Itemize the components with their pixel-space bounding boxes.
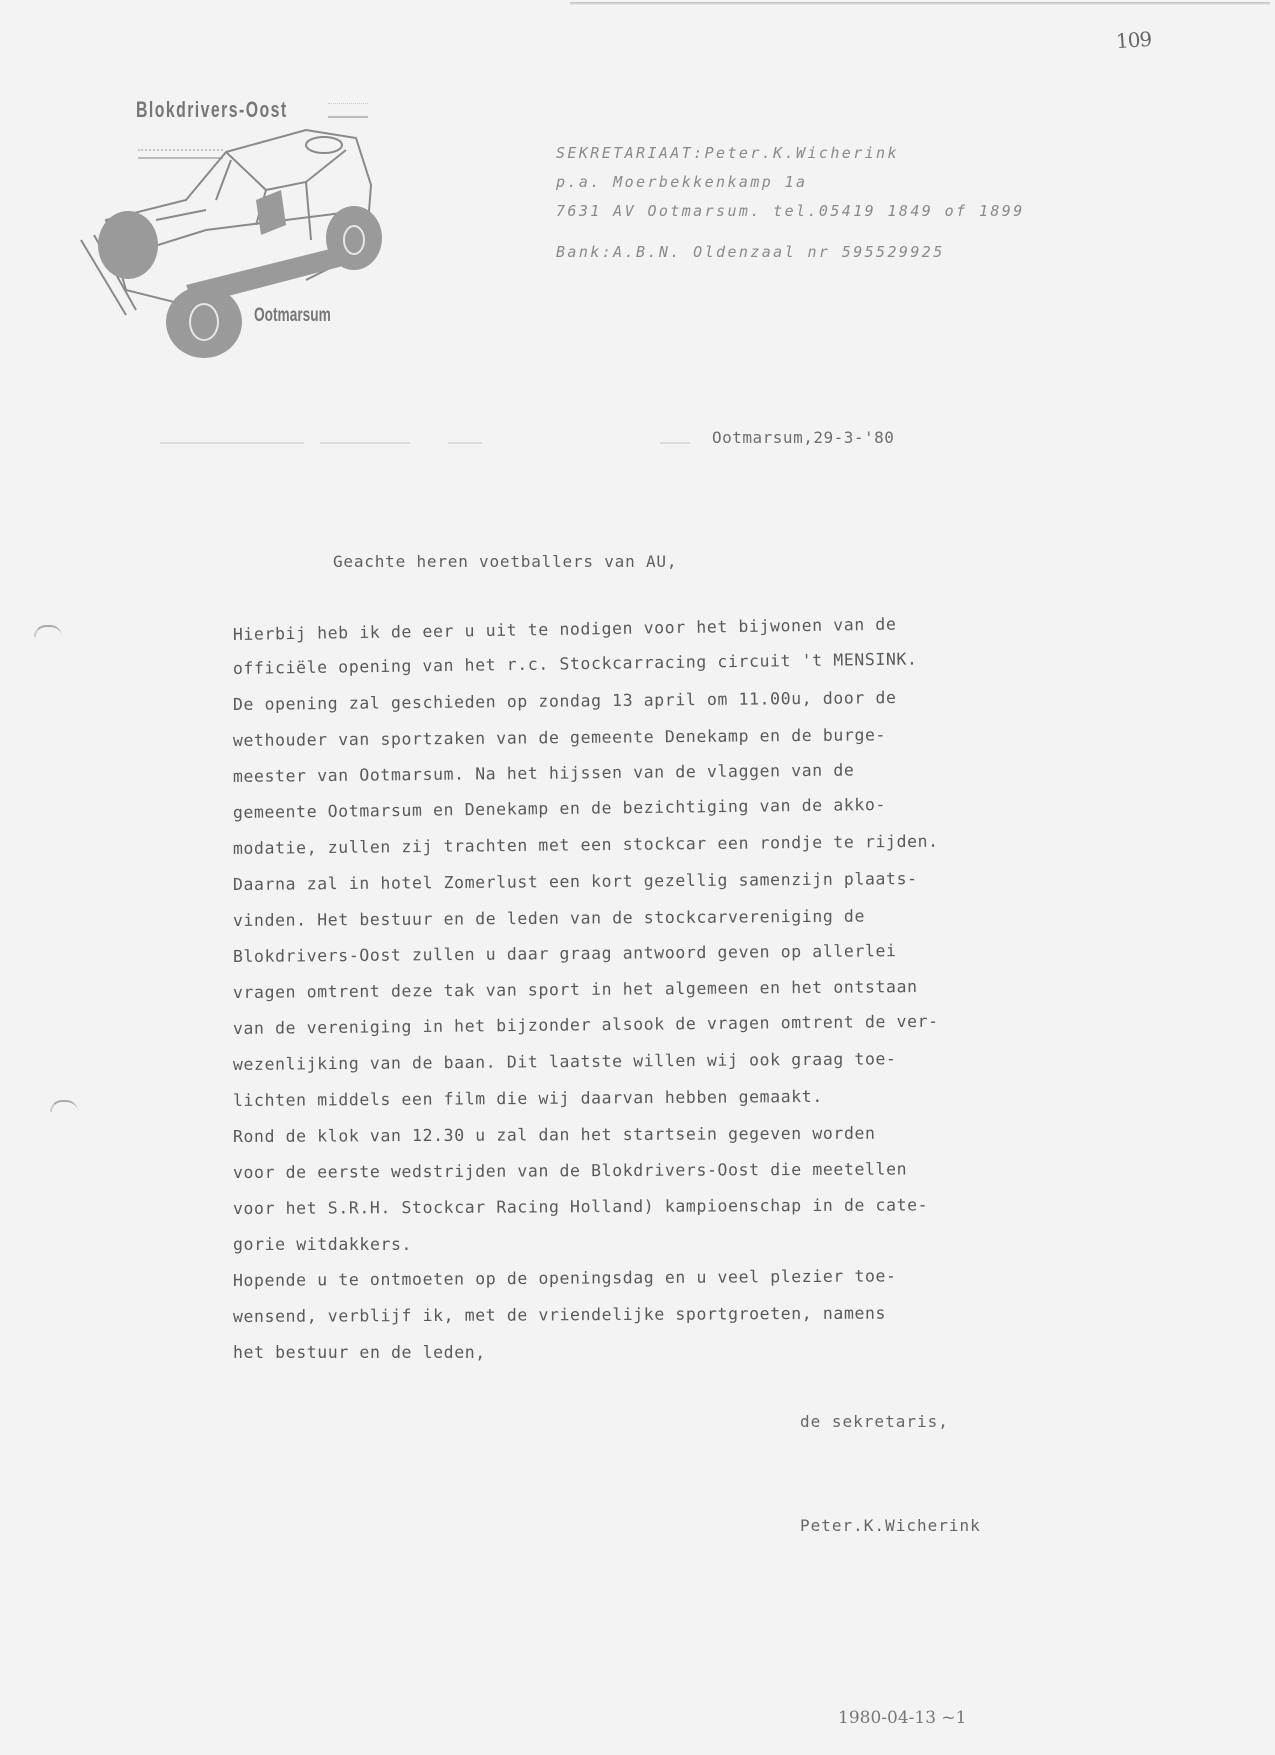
body-line: wensend, verblijf ik, met de vriendelijk… <box>233 1302 1093 1343</box>
stockcar-icon <box>66 90 386 360</box>
punch-hole-mark <box>34 625 62 637</box>
faint-rule <box>184 442 304 444</box>
body-line: Daarna zal in hotel Zomerlust een kort g… <box>233 867 1093 911</box>
logo-city: Ootmarsum <box>254 305 331 327</box>
body-line: het bestuur en de leden, <box>233 1343 1093 1379</box>
body-line: voor de eerste wedstrijden van de Blokdr… <box>233 1158 1093 1199</box>
body-line: wezenlijking van de baan. Dit laatste wi… <box>233 1047 1093 1091</box>
punch-hole-mark <box>50 1100 78 1112</box>
body-line: lichten middels een film die wij daarvan… <box>233 1085 1093 1127</box>
signature-name: Peter.K.Wicherink <box>800 1516 981 1535</box>
salutation: Geachte heren voetballers van AU, <box>333 552 677 571</box>
address-line: p.a. Moerbekkenkamp 1a <box>556 173 1025 202</box>
bank-line: Bank:A.B.N. Oldenzaal nr 595529925 <box>556 243 1025 272</box>
faint-rule <box>660 442 690 444</box>
body-line: Hopende u te ontmoeten op de openingsdag… <box>233 1265 1093 1307</box>
body-line: Rond de klok van 12.30 u zal dan het sta… <box>233 1122 1093 1163</box>
faint-rule <box>448 442 482 444</box>
secretariat-line: SEKRETARIAAT:Peter.K.Wicherink <box>556 144 1025 173</box>
faint-rule <box>320 442 410 444</box>
archive-number: 1980-04-13 ~1 <box>838 1708 966 1728</box>
letterhead-contact: SEKRETARIAAT:Peter.K.Wicherink p.a. Moer… <box>556 144 1025 272</box>
corner-annotation: 109 <box>1115 27 1152 53</box>
postal-phone-line: 7631 AV Ootmarsum. tel.05419 1849 of 189… <box>556 202 1025 231</box>
club-logo: Blokdrivers-Oost Ootmarsum <box>66 90 386 360</box>
body-line: voor het S.R.H. Stockcar Racing Holland)… <box>233 1194 1093 1235</box>
letter-date: Ootmarsum,29-3-'80 <box>712 428 894 447</box>
page-top-edge <box>570 2 1270 5</box>
closing: de sekretaris, <box>800 1412 949 1431</box>
letter-body: Hierbij heb ik de eer u uit te nodigen v… <box>233 625 1093 1379</box>
